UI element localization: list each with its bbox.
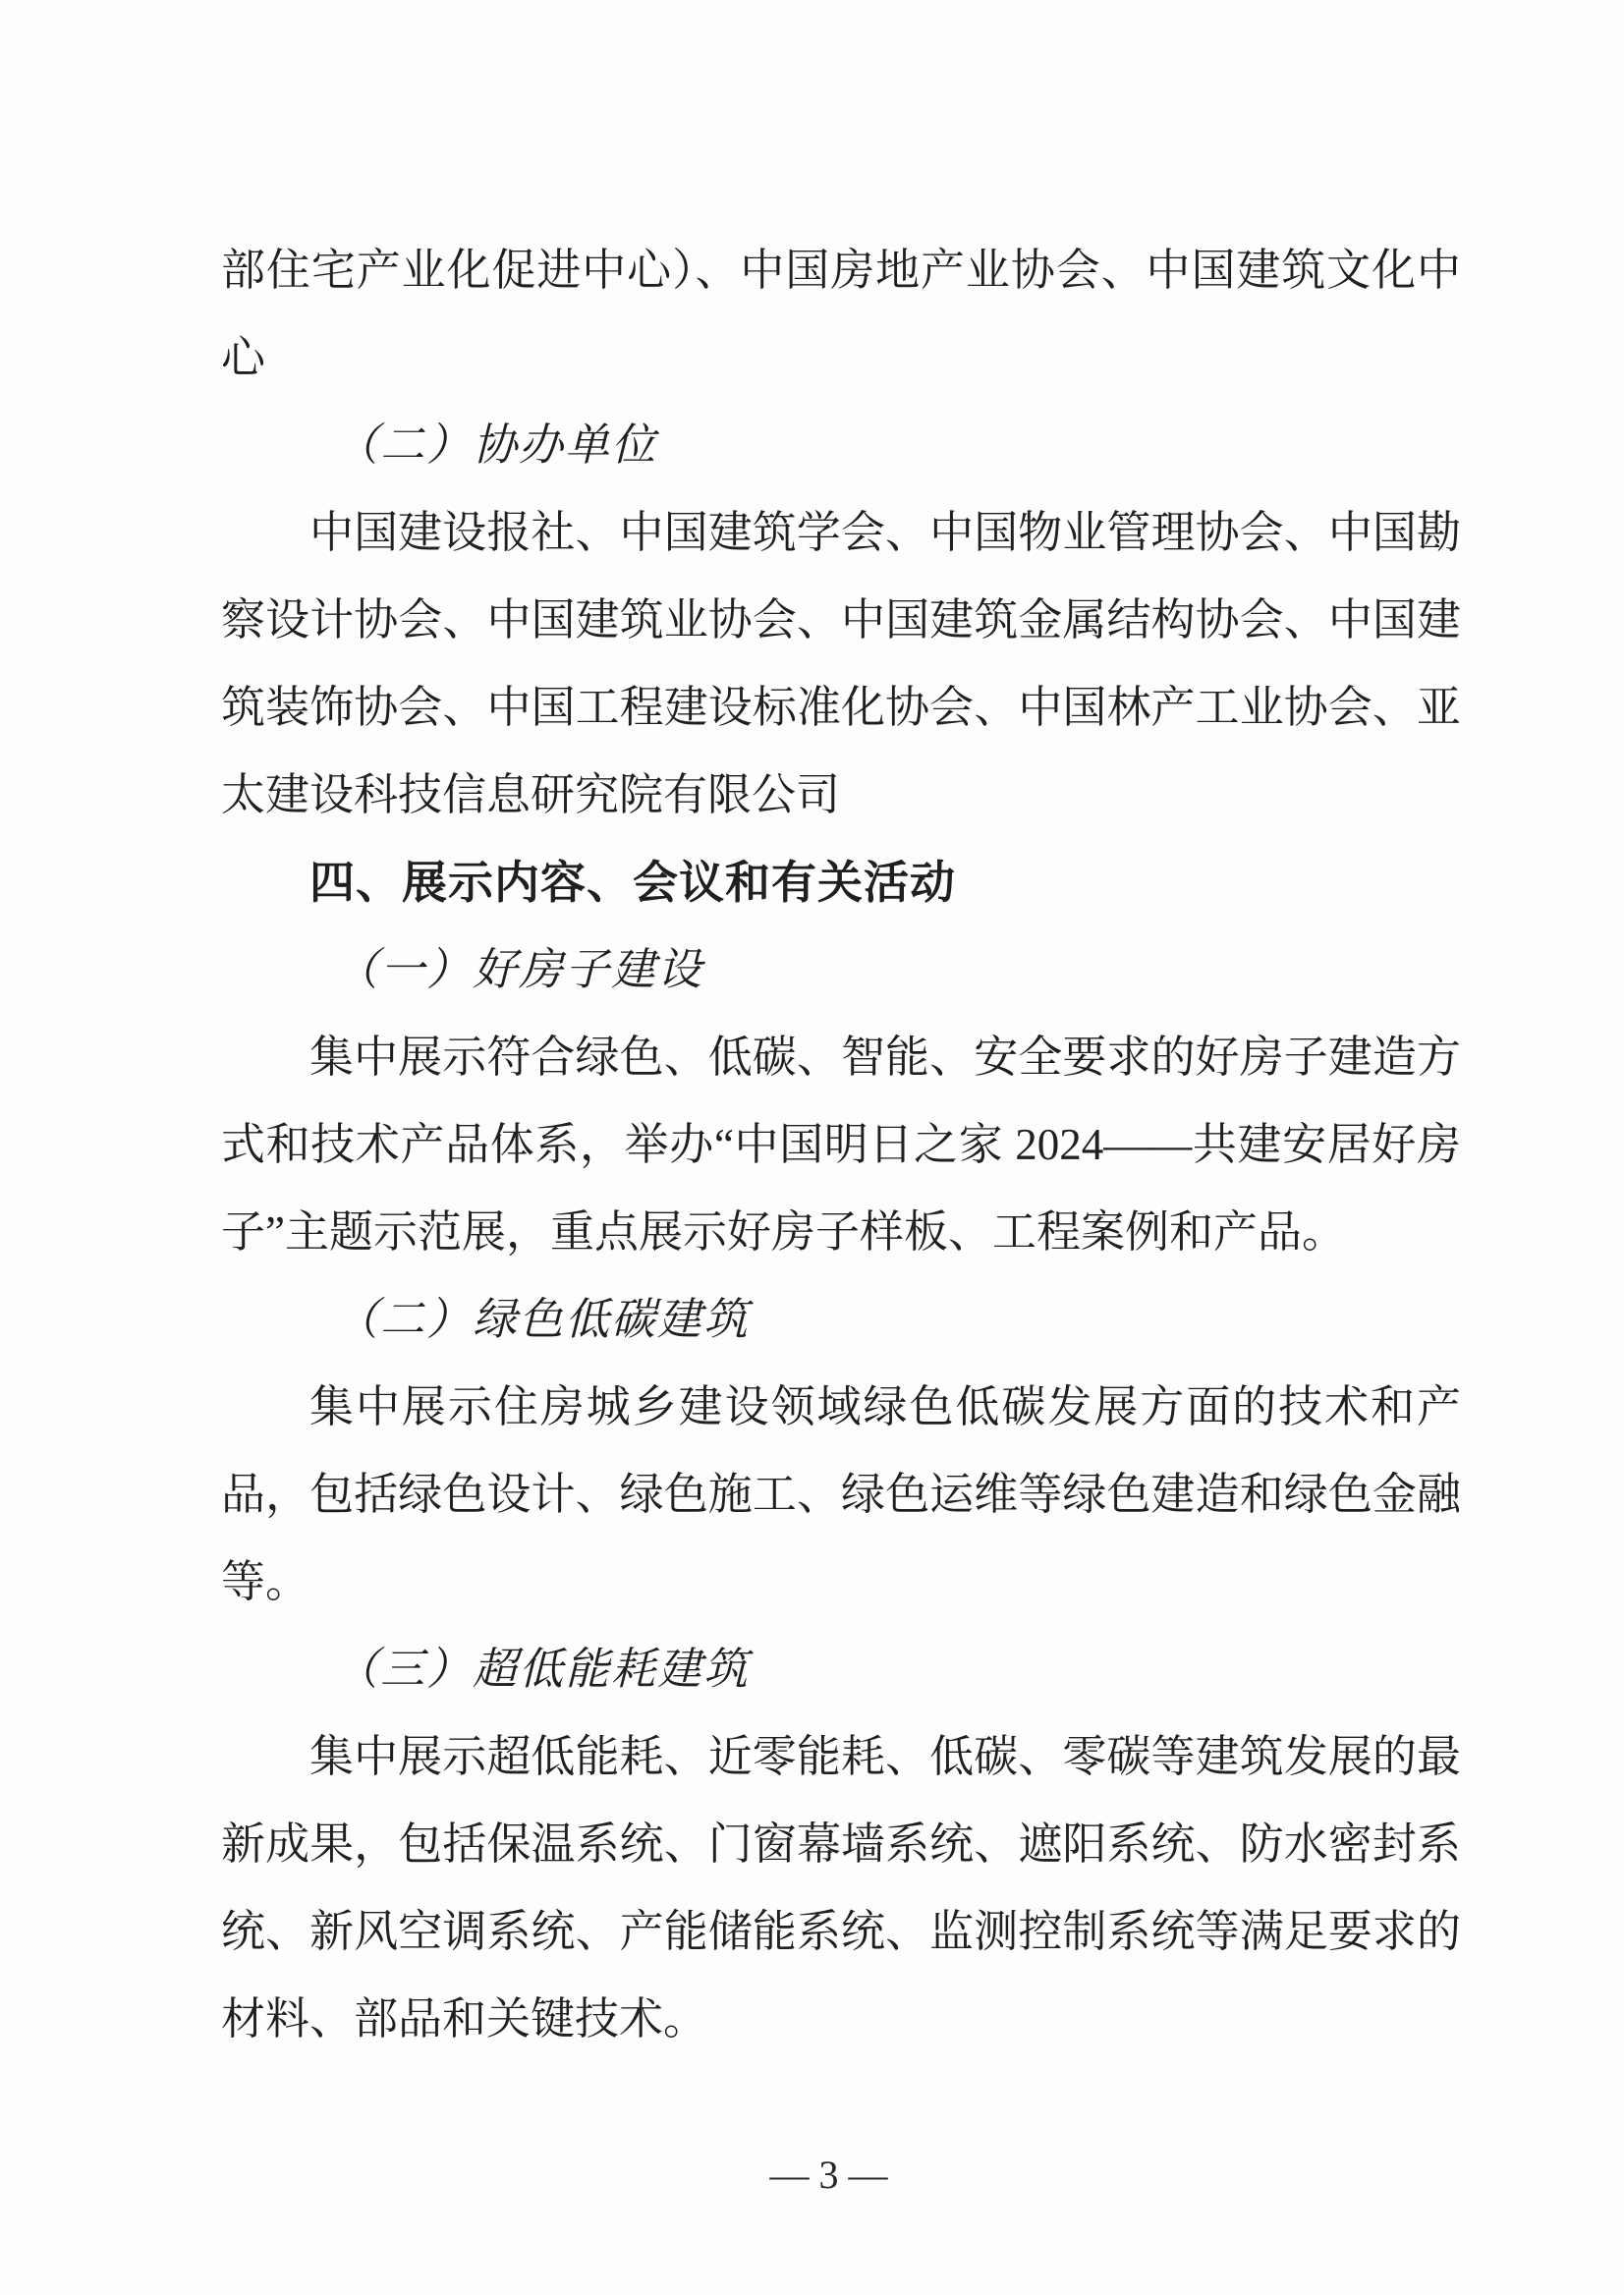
body-text-line: 集中展示超低能耗、近零能耗、低碳、零碳等建筑发展的最 bbox=[221, 1713, 1461, 1801]
body-text-line: 品，包括绿色设计、绿色施工、绿色运维等绿色建造和绿色金融 bbox=[221, 1451, 1461, 1539]
body-text-line: 中国建设报社、中国建筑学会、中国物业管理协会、中国勘 bbox=[221, 489, 1461, 577]
body-text-line: 部住宅产业化促进中心）、中国房地产业协会、中国建筑文化中 bbox=[221, 227, 1461, 314]
body-text-line: 材料、部品和关键技术。 bbox=[221, 1976, 1461, 2063]
section-heading: 四、展示内容、会议和有关活动 bbox=[221, 839, 1461, 926]
document-body: 部住宅产业化促进中心）、中国房地产业协会、中国建筑文化中 心 （二）协办单位 中… bbox=[221, 227, 1461, 2063]
body-text-line: 等。 bbox=[221, 1539, 1461, 1626]
document-page: 部住宅产业化促进中心）、中国房地产业协会、中国建筑文化中 心 （二）协办单位 中… bbox=[0, 0, 1624, 2295]
body-text-line: 筑装饰协会、中国工程建设标准化协会、中国林产工业协会、亚 bbox=[221, 664, 1461, 752]
body-text-line: 子”主题示范展，重点展示好房子样板、工程案例和产品。 bbox=[221, 1189, 1461, 1276]
body-text-line: 统、新风空调系统、产能储能系统、监测控制系统等满足要求的 bbox=[221, 1888, 1461, 1976]
body-text-line: 新成果，包括保温系统、门窗幕墙系统、遮阳系统、防水密封系 bbox=[221, 1801, 1461, 1888]
subsection-heading: （三）超低能耗建筑 bbox=[221, 1626, 1461, 1713]
subsection-heading: （二）协办单位 bbox=[221, 402, 1461, 489]
body-text-line: 太建设科技信息研究院有限公司 bbox=[221, 752, 1461, 839]
body-text-line: 集中展示符合绿色、低碳、智能、安全要求的好房子建造方 bbox=[221, 1014, 1461, 1101]
body-text-line: 心 bbox=[221, 314, 1461, 402]
subsection-heading: （一）好房子建设 bbox=[221, 926, 1461, 1014]
body-text-line: 察设计协会、中国建筑业协会、中国建筑金属结构协会、中国建 bbox=[221, 577, 1461, 664]
subsection-heading: （二）绿色低碳建筑 bbox=[221, 1276, 1461, 1364]
body-text-line: 式和技术产品体系，举办“中国明日之家 2024——共建安居好房 bbox=[221, 1101, 1461, 1189]
body-text-line: 集中展示住房城乡建设领域绿色低碳发展方面的技术和产 bbox=[221, 1364, 1461, 1451]
page-number: — 3 — bbox=[0, 2148, 1624, 2203]
